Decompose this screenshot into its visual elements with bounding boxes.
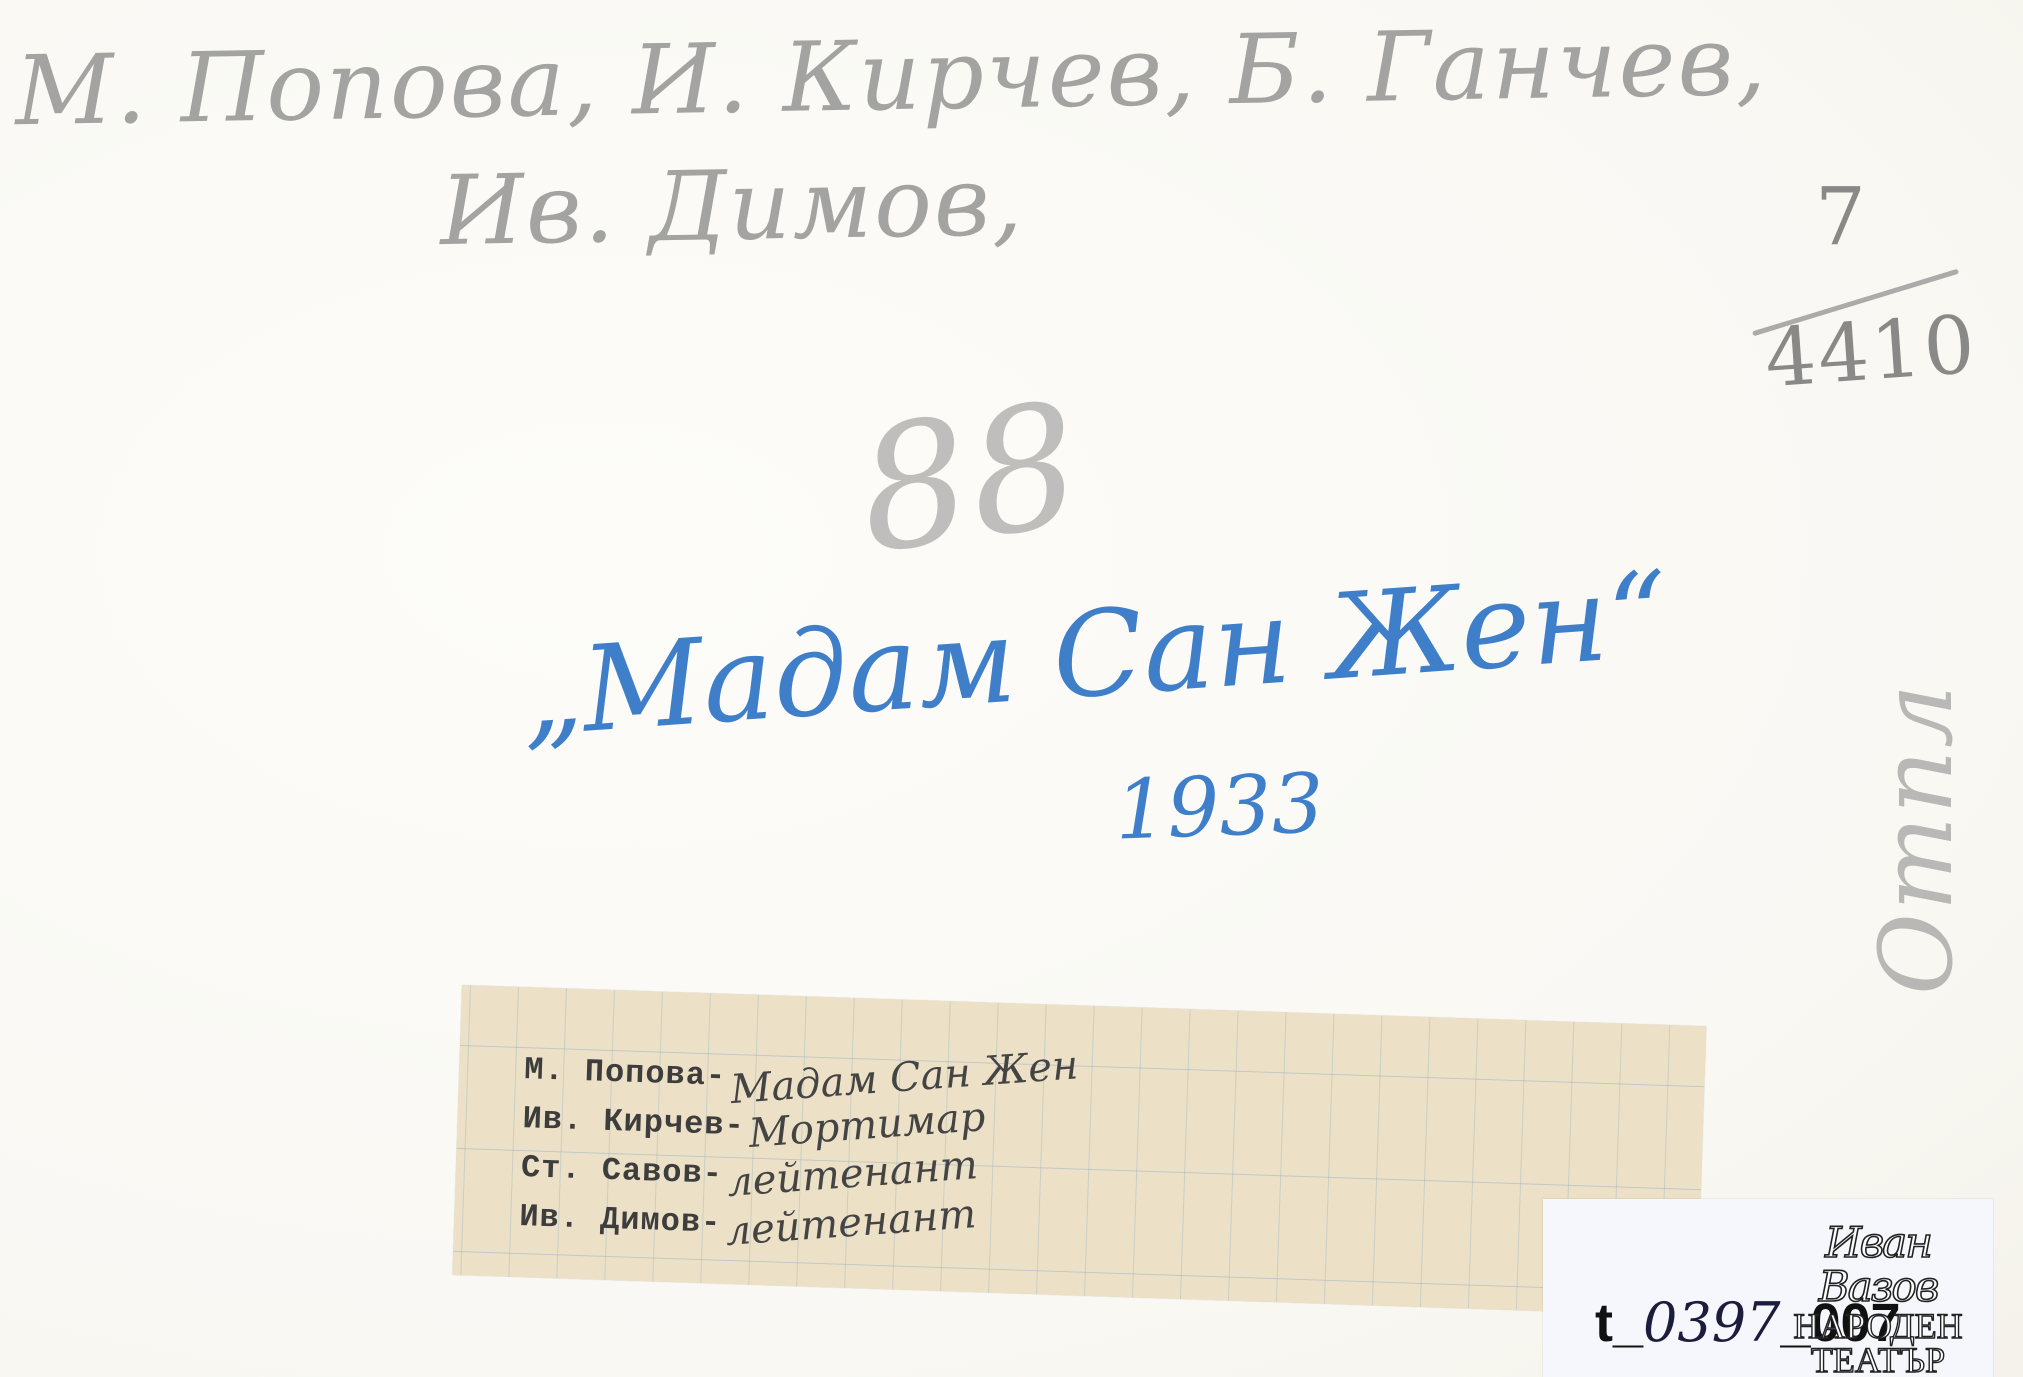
logo-signature: Иван Вазов bbox=[1778, 1221, 1978, 1309]
logo-line-1: НАРОДЕН bbox=[1778, 1309, 1978, 1343]
pencil-number-88: 88 bbox=[847, 366, 1093, 593]
dash: - bbox=[700, 1204, 721, 1242]
actor-name: М. Попова bbox=[524, 1051, 707, 1094]
dash: - bbox=[705, 1057, 726, 1095]
pencil-fraction-numerator: 7 bbox=[1815, 170, 1868, 263]
cast-list-slip: М. Попова - Мадам Сан Жен Ив. Кирчев - М… bbox=[452, 985, 1706, 1316]
pencil-cast-names-line-1: М. Попова, И. Кирчев, Б. Ганчев, bbox=[14, 5, 1769, 148]
pencil-cast-names-line-2: Ив. Димов, bbox=[439, 145, 1025, 267]
pencil-vertical-note: Отпл bbox=[1858, 682, 1975, 995]
cast-row: Ив. Димов - лейтенант bbox=[519, 1189, 977, 1250]
national-theatre-logo: Иван Вазов НАРОДЕН ТЕАТЪР bbox=[1778, 1221, 1978, 1377]
pencil-fraction-denominator: 4410 bbox=[1762, 298, 1980, 406]
archive-code-number: 0397 bbox=[1643, 1291, 1780, 1354]
archive-id-label: t_0397_007 Иван Вазов НАРОДЕН ТЕАТЪР bbox=[1543, 1199, 1993, 1377]
role-name: лейтенант bbox=[724, 1191, 978, 1255]
archive-code-prefix: t_ bbox=[1595, 1293, 1643, 1353]
play-year-handwritten: 1933 bbox=[1113, 756, 1325, 858]
play-title-handwritten: „Мадам Сан Жен“ bbox=[517, 545, 1673, 763]
actor-name: Ст. Савов bbox=[520, 1149, 703, 1192]
photo-back-page: М. Попова, И. Кирчев, Б. Ганчев, Ив. Дим… bbox=[0, 0, 2023, 1377]
actor-name: Ив. Кирчев bbox=[522, 1100, 725, 1144]
dash: - bbox=[702, 1155, 723, 1193]
actor-name: Ив. Димов bbox=[519, 1198, 702, 1241]
dash: - bbox=[724, 1107, 745, 1145]
logo-line-2: ТЕАТЪР bbox=[1778, 1343, 1978, 1377]
